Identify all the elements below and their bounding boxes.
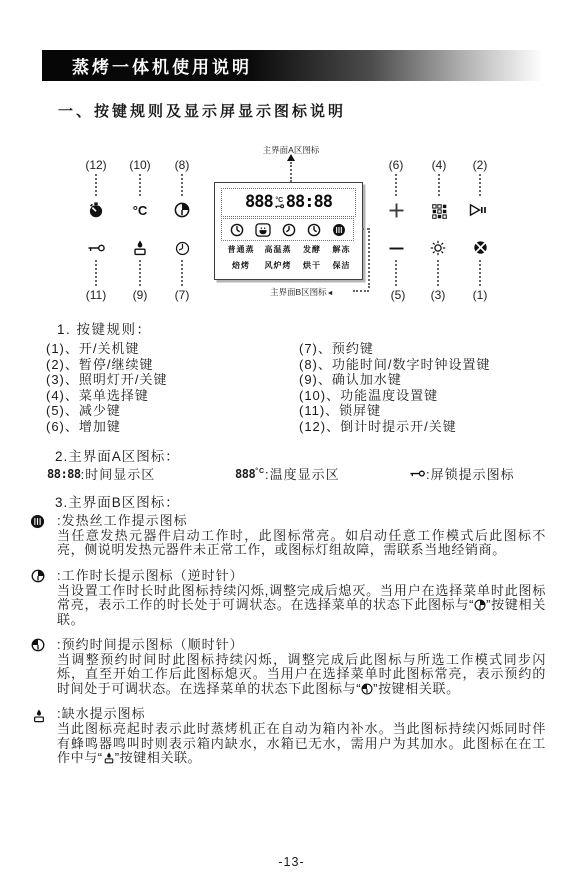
connector-line bbox=[95, 260, 97, 286]
add-water-icon bbox=[131, 239, 149, 257]
time-digits: 88:88 bbox=[286, 194, 332, 211]
connector-line bbox=[395, 174, 397, 196]
key-label-3: (3) bbox=[431, 288, 446, 302]
title-bar: 蒸烤一体机使用说明 bbox=[42, 50, 541, 81]
add-water-icon bbox=[32, 709, 47, 724]
display-area-a: 888 °C 88:88 bbox=[221, 188, 356, 217]
rule-item: (8)、功能时间/数字时钟设置键 bbox=[299, 357, 491, 373]
clock-icon bbox=[307, 223, 321, 237]
entry-body: 当任意发热元器件启动工作时，此图标常亮。如启动任意工作模式后此图标不亮，侧说明发… bbox=[57, 529, 546, 558]
countdown-timer-icon bbox=[87, 201, 105, 219]
connector-line bbox=[95, 174, 97, 196]
entry-water-shortage: :缺水提示图标 当此图标亮起时表示此时蒸烤机正在自动为箱内补水。当此图标持续闪烁… bbox=[28, 706, 546, 765]
add-water-icon bbox=[103, 752, 115, 764]
mode-labels-row1: 普通蒸 高温蒸 发酵 解冻 bbox=[223, 244, 356, 255]
area-a-heading: 2.主界面A区图标： bbox=[55, 445, 180, 465]
connector-line bbox=[368, 228, 370, 288]
entry-heater: :发热丝工作提示图标 当任意发热元器件启动工作时，此图标常亮。如启动任意工作模式… bbox=[28, 513, 546, 558]
entry-title: :预约时间提示图标（顺时针） bbox=[57, 637, 546, 652]
connector-line bbox=[139, 174, 141, 196]
heater-icon bbox=[332, 223, 346, 237]
time-display-item: 88:88 :时间显示区 bbox=[47, 464, 155, 483]
key-label-2: (2) bbox=[473, 158, 488, 172]
rule-item: (11)、锁屏键 bbox=[299, 403, 491, 419]
key-rules-left-column: (1)、开/关机键 (2)、暂停/继续键 (3)、照明灯开/关键 (4)、菜单选… bbox=[46, 341, 168, 435]
connector-line bbox=[437, 260, 439, 286]
increase-plus-icon bbox=[387, 201, 405, 219]
work-duration-clock-icon bbox=[474, 599, 486, 611]
entry-reservation-time: :预约时间提示图标（顺时针） 当调整预约时间时此图标持续闪烁，调整完成后此图标与… bbox=[28, 637, 546, 696]
clock-icon bbox=[282, 223, 296, 237]
rule-item: (5)、减少键 bbox=[46, 403, 168, 419]
rule-item: (10)、功能温度设置键 bbox=[299, 388, 491, 404]
key-label-6: (6) bbox=[389, 158, 404, 172]
power-icon bbox=[471, 238, 489, 256]
rule-item: (1)、开/关机键 bbox=[46, 341, 168, 357]
page-title: 蒸烤一体机使用说明 bbox=[42, 53, 252, 78]
menu-grid-icon bbox=[430, 202, 448, 220]
connector-line bbox=[353, 290, 369, 292]
display-screen: 888 °C 88:88 普通蒸 高温蒸 发酵 解冻 焙烤 风炉烤 烘干 保洁 bbox=[214, 182, 363, 280]
section-heading: 一、按键规则及显示屏显示图标说明 bbox=[58, 100, 346, 121]
reservation-clock-icon bbox=[31, 638, 46, 653]
key-label-4: (4) bbox=[432, 158, 447, 172]
clock-icon bbox=[230, 223, 244, 237]
temperature-digits: 888 bbox=[245, 194, 273, 211]
work-duration-clock-icon bbox=[31, 569, 46, 584]
rule-item: (7)、预约键 bbox=[299, 341, 491, 357]
entry-body: 当调整预约时间时此图标持续闪烁，调整完成后此图标与所选工作模式同步闪烁，直至开始… bbox=[57, 653, 546, 696]
connector-line bbox=[181, 260, 183, 286]
key-label-12: (12) bbox=[85, 158, 106, 172]
reservation-clock-icon bbox=[361, 683, 373, 695]
connector-line bbox=[438, 174, 440, 196]
screen-lock-key-icon bbox=[410, 470, 425, 478]
key-label-11: (11) bbox=[86, 288, 106, 302]
entry-body: 当设置工作时长时此图标持续闪烁,调整完成后熄灭。当用户在选择菜单时此图标常亮，表… bbox=[57, 584, 546, 627]
display-area-b bbox=[221, 218, 354, 241]
area-b-callout-label: 主界面B区图标◄ bbox=[270, 286, 334, 298]
connector-line bbox=[479, 174, 481, 196]
rule-item: (9)、确认加水键 bbox=[299, 372, 491, 388]
page-number: -13- bbox=[0, 855, 583, 869]
temp-unit: °C bbox=[275, 197, 283, 204]
key-rules-right-column: (7)、预约键 (8)、功能时间/数字时钟设置键 (9)、确认加水键 (10)、… bbox=[299, 341, 491, 435]
key-label-5: (5) bbox=[391, 288, 406, 302]
decrease-minus-icon bbox=[387, 239, 405, 257]
connector-line bbox=[181, 174, 183, 196]
up-arrow-icon bbox=[287, 154, 295, 161]
area-b-heading: 3.主界面B区图标： bbox=[55, 491, 180, 511]
pause-continue-icon bbox=[469, 201, 487, 219]
key-label-8: (8) bbox=[175, 158, 190, 172]
key-label-9: (9) bbox=[133, 288, 148, 302]
heater-icon bbox=[30, 514, 45, 529]
rule-item: (4)、菜单选择键 bbox=[46, 388, 168, 404]
entry-title: :缺水提示图标 bbox=[57, 706, 546, 721]
rule-item: (3)、照明灯开/关键 bbox=[46, 372, 168, 388]
connector-line bbox=[139, 260, 141, 286]
connector-line bbox=[479, 260, 481, 286]
lamp-icon bbox=[429, 239, 447, 257]
key-rules-heading: 1. 按键规则： bbox=[57, 318, 152, 338]
celsius-icon: °C bbox=[131, 201, 149, 219]
screen-lock-mini-icon bbox=[275, 204, 284, 209]
key-label-10: (10) bbox=[129, 158, 150, 172]
left-arrow-icon: ◄ bbox=[327, 290, 334, 297]
temp-digits-icon: 888 bbox=[235, 467, 255, 481]
entry-title: :工作时长提示图标（逆时针） bbox=[57, 568, 546, 583]
entry-body: 当此图标亮起时表示此时蒸烤机正在自动为箱内补水。当此图标持续闪烁同时伴有蜂鸣器鸣… bbox=[57, 722, 546, 765]
rule-item: (6)、增加键 bbox=[46, 419, 168, 435]
entry-work-duration: :工作时长提示图标（逆时针） 当设置工作时长时此图标持续闪烁,调整完成后熄灭。当… bbox=[28, 568, 546, 627]
rule-item: (2)、暂停/继续键 bbox=[46, 357, 168, 373]
connector-line bbox=[395, 260, 397, 286]
time-digits-icon: 88:88 bbox=[47, 467, 81, 481]
reservation-clock-icon bbox=[173, 239, 191, 257]
work-duration-clock-icon bbox=[173, 201, 191, 219]
steam-pot-icon bbox=[255, 223, 271, 237]
screen-lock-key-icon bbox=[87, 239, 105, 257]
control-panel-diagram: (12) (10) (8) (6) (4) (2) °C bbox=[0, 140, 583, 315]
key-label-7: (7) bbox=[175, 288, 190, 302]
screen-lock-item: :屏锁提示图标 bbox=[410, 464, 515, 483]
rule-item: (12)、倒计时提示开/关键 bbox=[299, 419, 491, 435]
key-label-1: (1) bbox=[473, 288, 488, 302]
mode-labels-row2: 焙烤 风炉烤 烘干 保洁 bbox=[223, 260, 356, 271]
connector-line bbox=[290, 162, 292, 182]
entry-title: :发热丝工作提示图标 bbox=[57, 513, 546, 528]
temp-display-item: 888 °C :温度显示区 bbox=[235, 464, 340, 483]
area-b-entries: :发热丝工作提示图标 当任意发热元器件启动工作时，此图标常亮。如启动任意工作模式… bbox=[28, 513, 546, 775]
